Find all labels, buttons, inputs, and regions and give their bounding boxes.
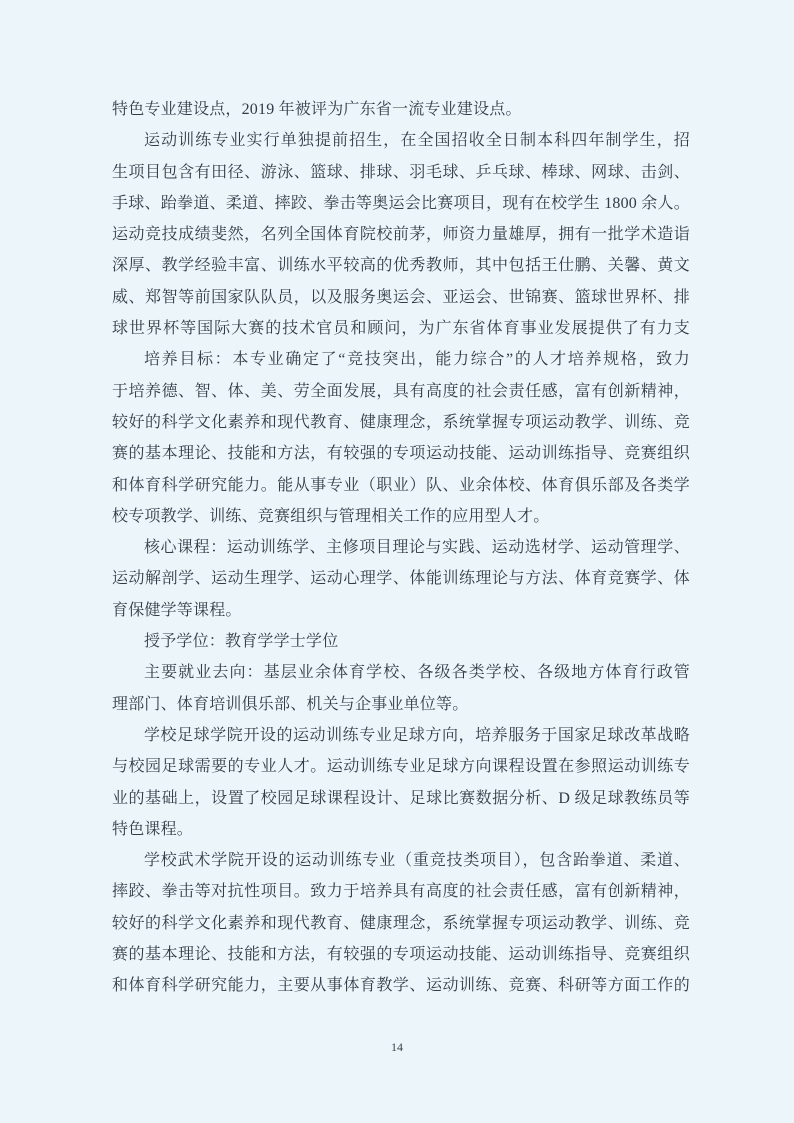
text-line: 与校园足球需要的专业人才。运动训练专业足球方向课程设置在参照运动训练专 [112,751,690,782]
text-line: 于培养德、智、体、美、劳全面发展，具有高度的社会责任感，富有创新精神， [112,376,690,407]
text-line: 深厚、教学经验丰富、训练水平较高的优秀教师，其中包括王仕鹏、关馨、黄文 [112,250,690,281]
text-line: 学校武术学院开设的运动训练专业（重竞技类项目），包含跆拳道、柔道、 [112,845,690,876]
text-line: 培养目标：本专业确定了“竞技突出，能力综合”的人才培养规格，致力 [112,344,690,375]
text-line: 较好的科学文化素养和现代教育、健康理念，系统掌握专项运动教学、训练、竞 [112,908,690,939]
text-line: 较好的科学文化素养和现代教育、健康理念，系统掌握专项运动教学、训练、竞 [112,407,690,438]
text-line: 摔跤、拳击等对抗性项目。致力于培养具有高度的社会责任感，富有创新精神， [112,876,690,907]
text-line: 学校足球学院开设的运动训练专业足球方向，培养服务于国家足球改革战略 [112,720,690,751]
text-line: 核心课程：运动训练学、主修项目理论与实践、运动选材学、运动管理学、 [112,532,690,563]
text-line: 生项目包含有田径、游泳、篮球、排球、羽毛球、乒乓球、棒球、网球、击剑、 [112,157,690,188]
text-line: 和体育科学研究能力。能从事专业（职业）队、业余体校、体育俱乐部及各类学 [112,470,690,501]
text-line: 球世界杯等国际大赛的技术官员和顾问，为广东省体育事业发展提供了有力支撑。 [112,313,690,344]
text-line: 运动训练专业实行单独提前招生，在全国招收全日制本科四年制学生，招 [112,125,690,156]
document-body: 特色专业建设点，2019 年被评为广东省一流专业建设点。 运动训练专业实行单独提… [112,94,690,1002]
page-footer: 14 [0,1038,794,1056]
text-line: 赛的基本理论、技能和方法，有较强的专项运动技能、运动训练指导、竞赛组织 [112,438,690,469]
text-line: 特色课程。 [112,814,690,845]
page-number: 14 [391,1040,403,1054]
text-line: 育保健学等课程。 [112,595,690,626]
text-line: 赛的基本理论、技能和方法，有较强的专项运动技能、运动训练指导、竞赛组织 [112,939,690,970]
text-line: 运动竞技成绩斐然，名列全国体育院校前茅，师资力量雄厚，拥有一批学术造诣 [112,219,690,250]
text-line: 业的基础上，设置了校园足球课程设计、足球比赛数据分析、D 级足球教练员等 [112,783,690,814]
text-line: 手球、跆拳道、柔道、摔跤、拳击等奥运会比赛项目，现有在校学生 1800 余人。 [112,188,690,219]
text-line: 运动解剖学、运动生理学、运动心理学、体能训练理论与方法、体育竞赛学、体 [112,563,690,594]
text-line: 威、郑智等前国家队队员，以及服务奥运会、亚运会、世锦赛、篮球世界杯、排 [112,282,690,313]
document-page: 特色专业建设点，2019 年被评为广东省一流专业建设点。 运动训练专业实行单独提… [0,0,794,1123]
text-line: 授予学位：教育学学士学位 [112,626,690,657]
text-line: 理部门、体育培训俱乐部、机关与企事业单位等。 [112,689,690,720]
text-line: 和体育科学研究能力，主要从事体育教学、运动训练、竞赛、科研等方面工作的 [112,970,690,1001]
text-line: 主要就业去向：基层业余体育学校、各级各类学校、各级地方体育行政管 [112,657,690,688]
text-line: 特色专业建设点，2019 年被评为广东省一流专业建设点。 [112,94,690,125]
text-line: 校专项教学、训练、竞赛组织与管理相关工作的应用型人才。 [112,501,690,532]
